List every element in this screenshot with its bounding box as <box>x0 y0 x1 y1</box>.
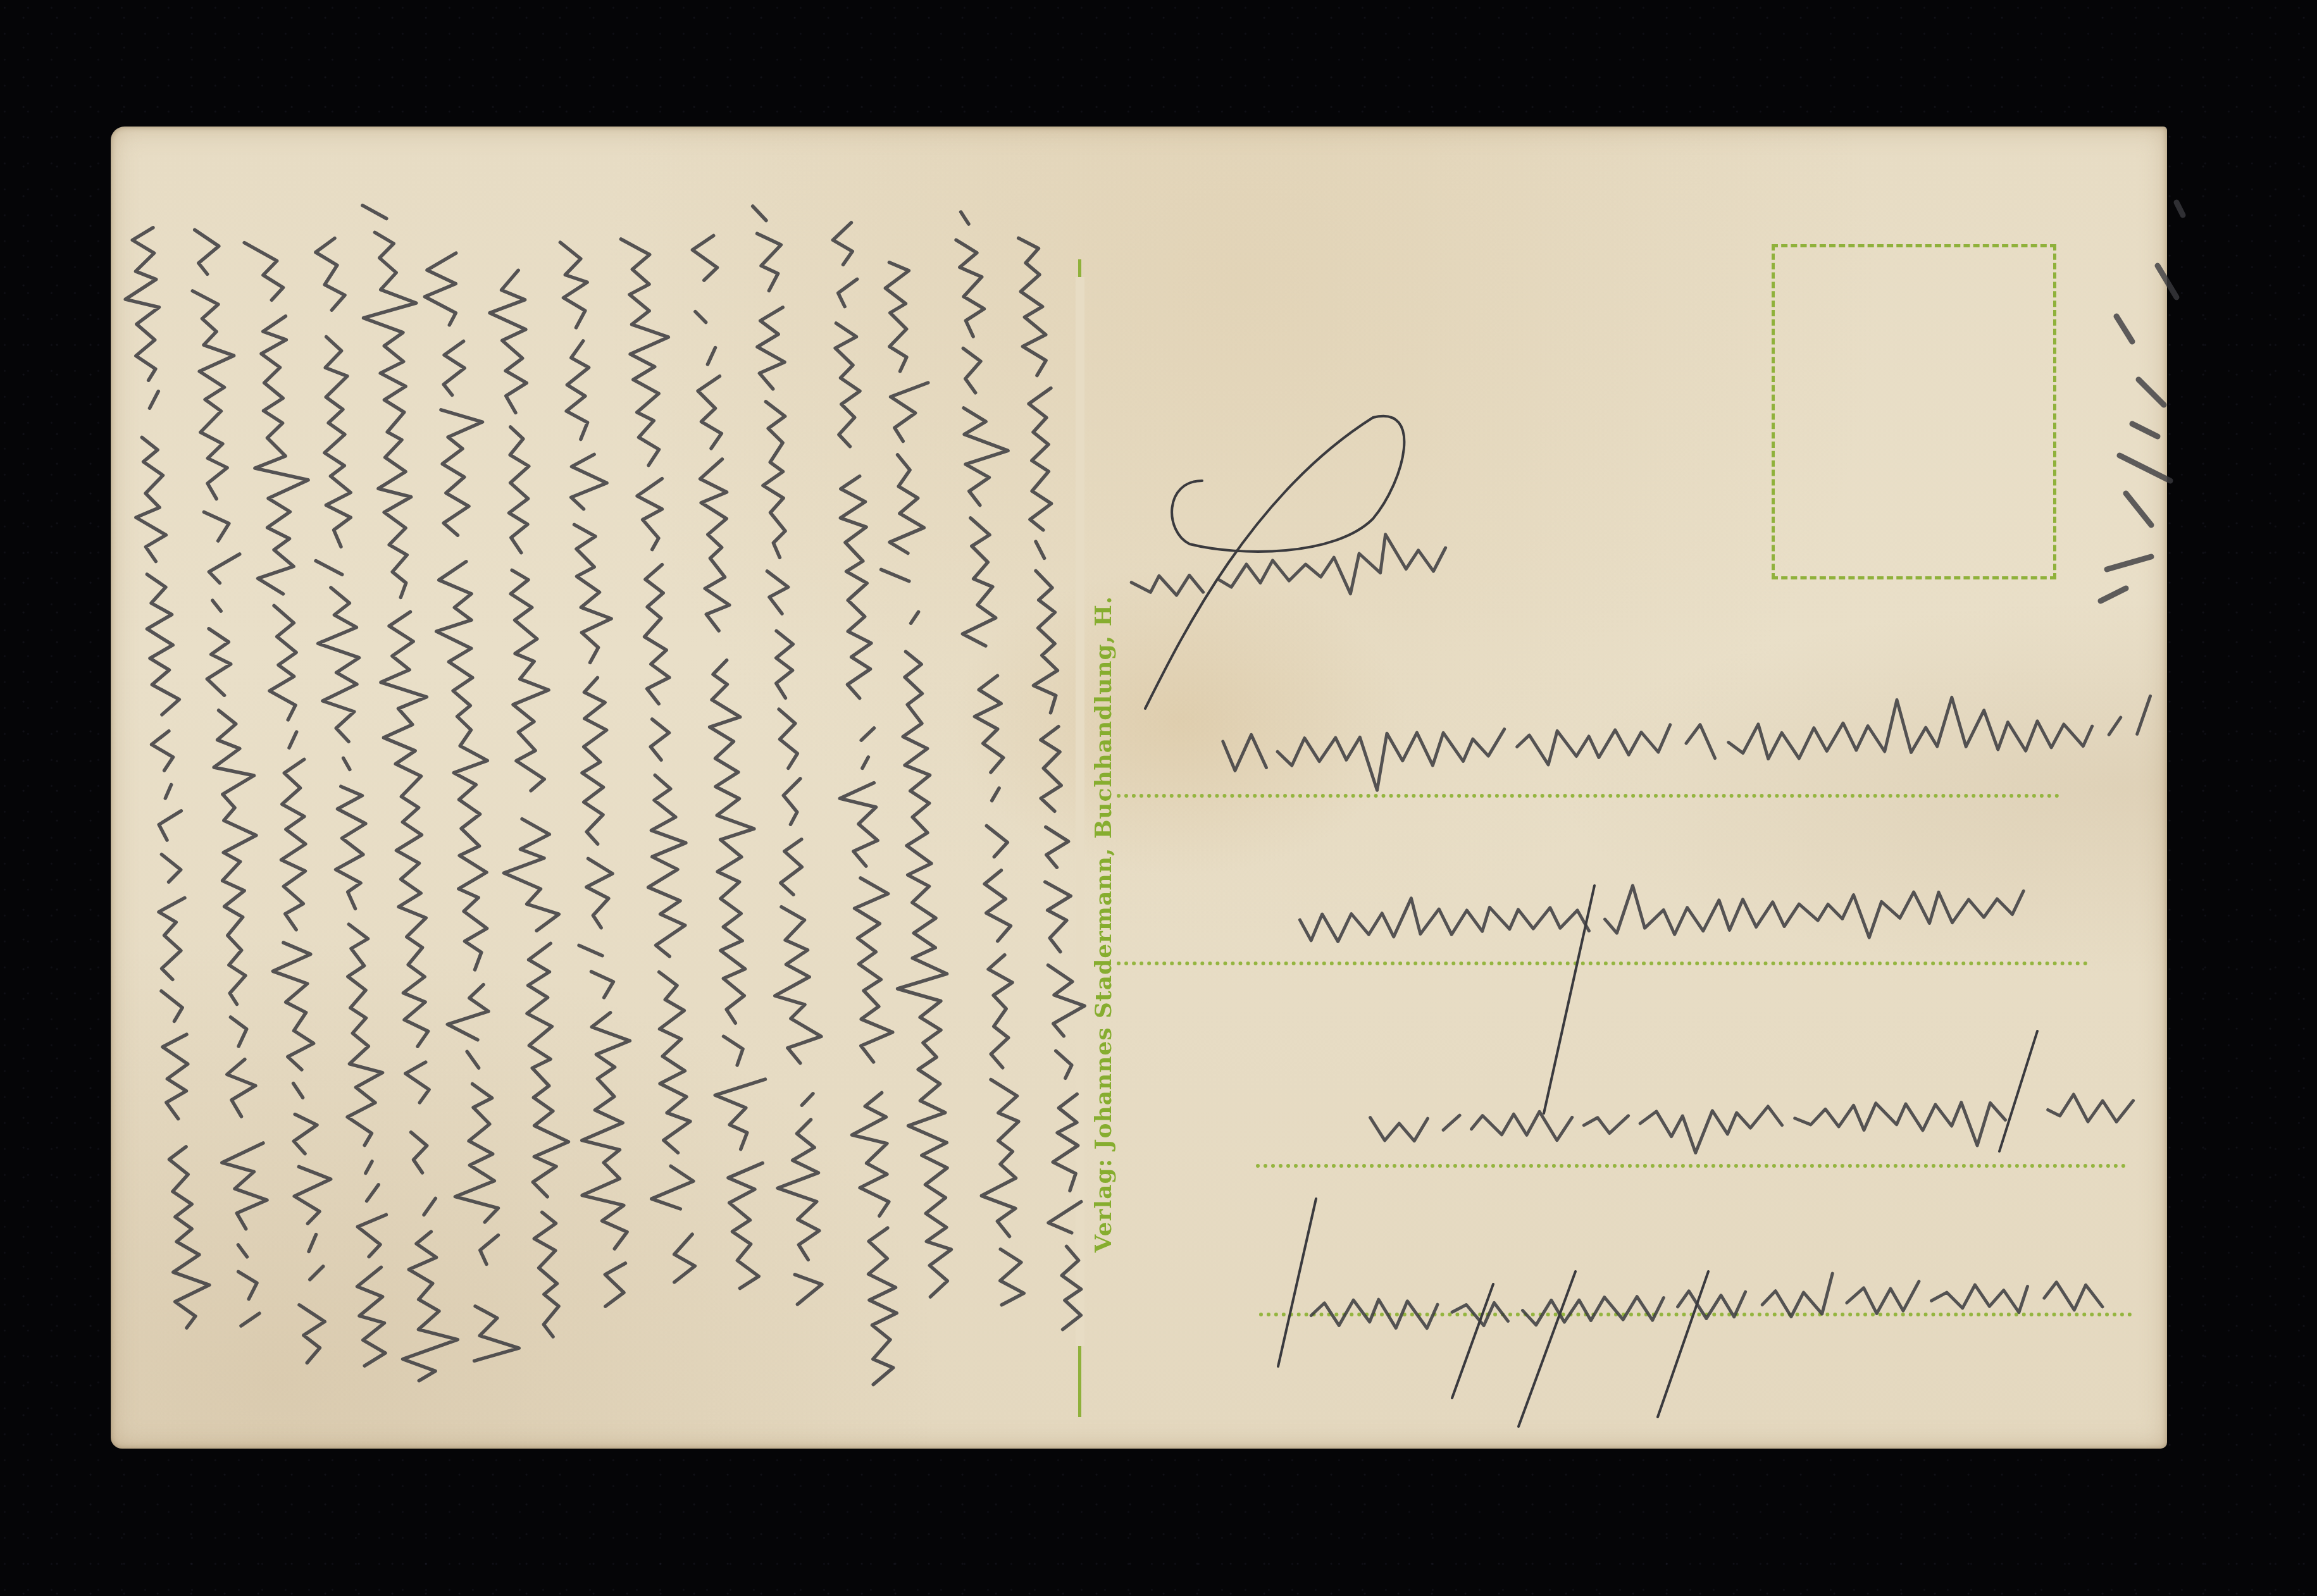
handwriting-layer <box>0 0 2317 1596</box>
handwritten-address <box>1131 416 2150 1426</box>
handwritten-message <box>125 206 1084 1385</box>
postmark <box>2101 202 2183 601</box>
